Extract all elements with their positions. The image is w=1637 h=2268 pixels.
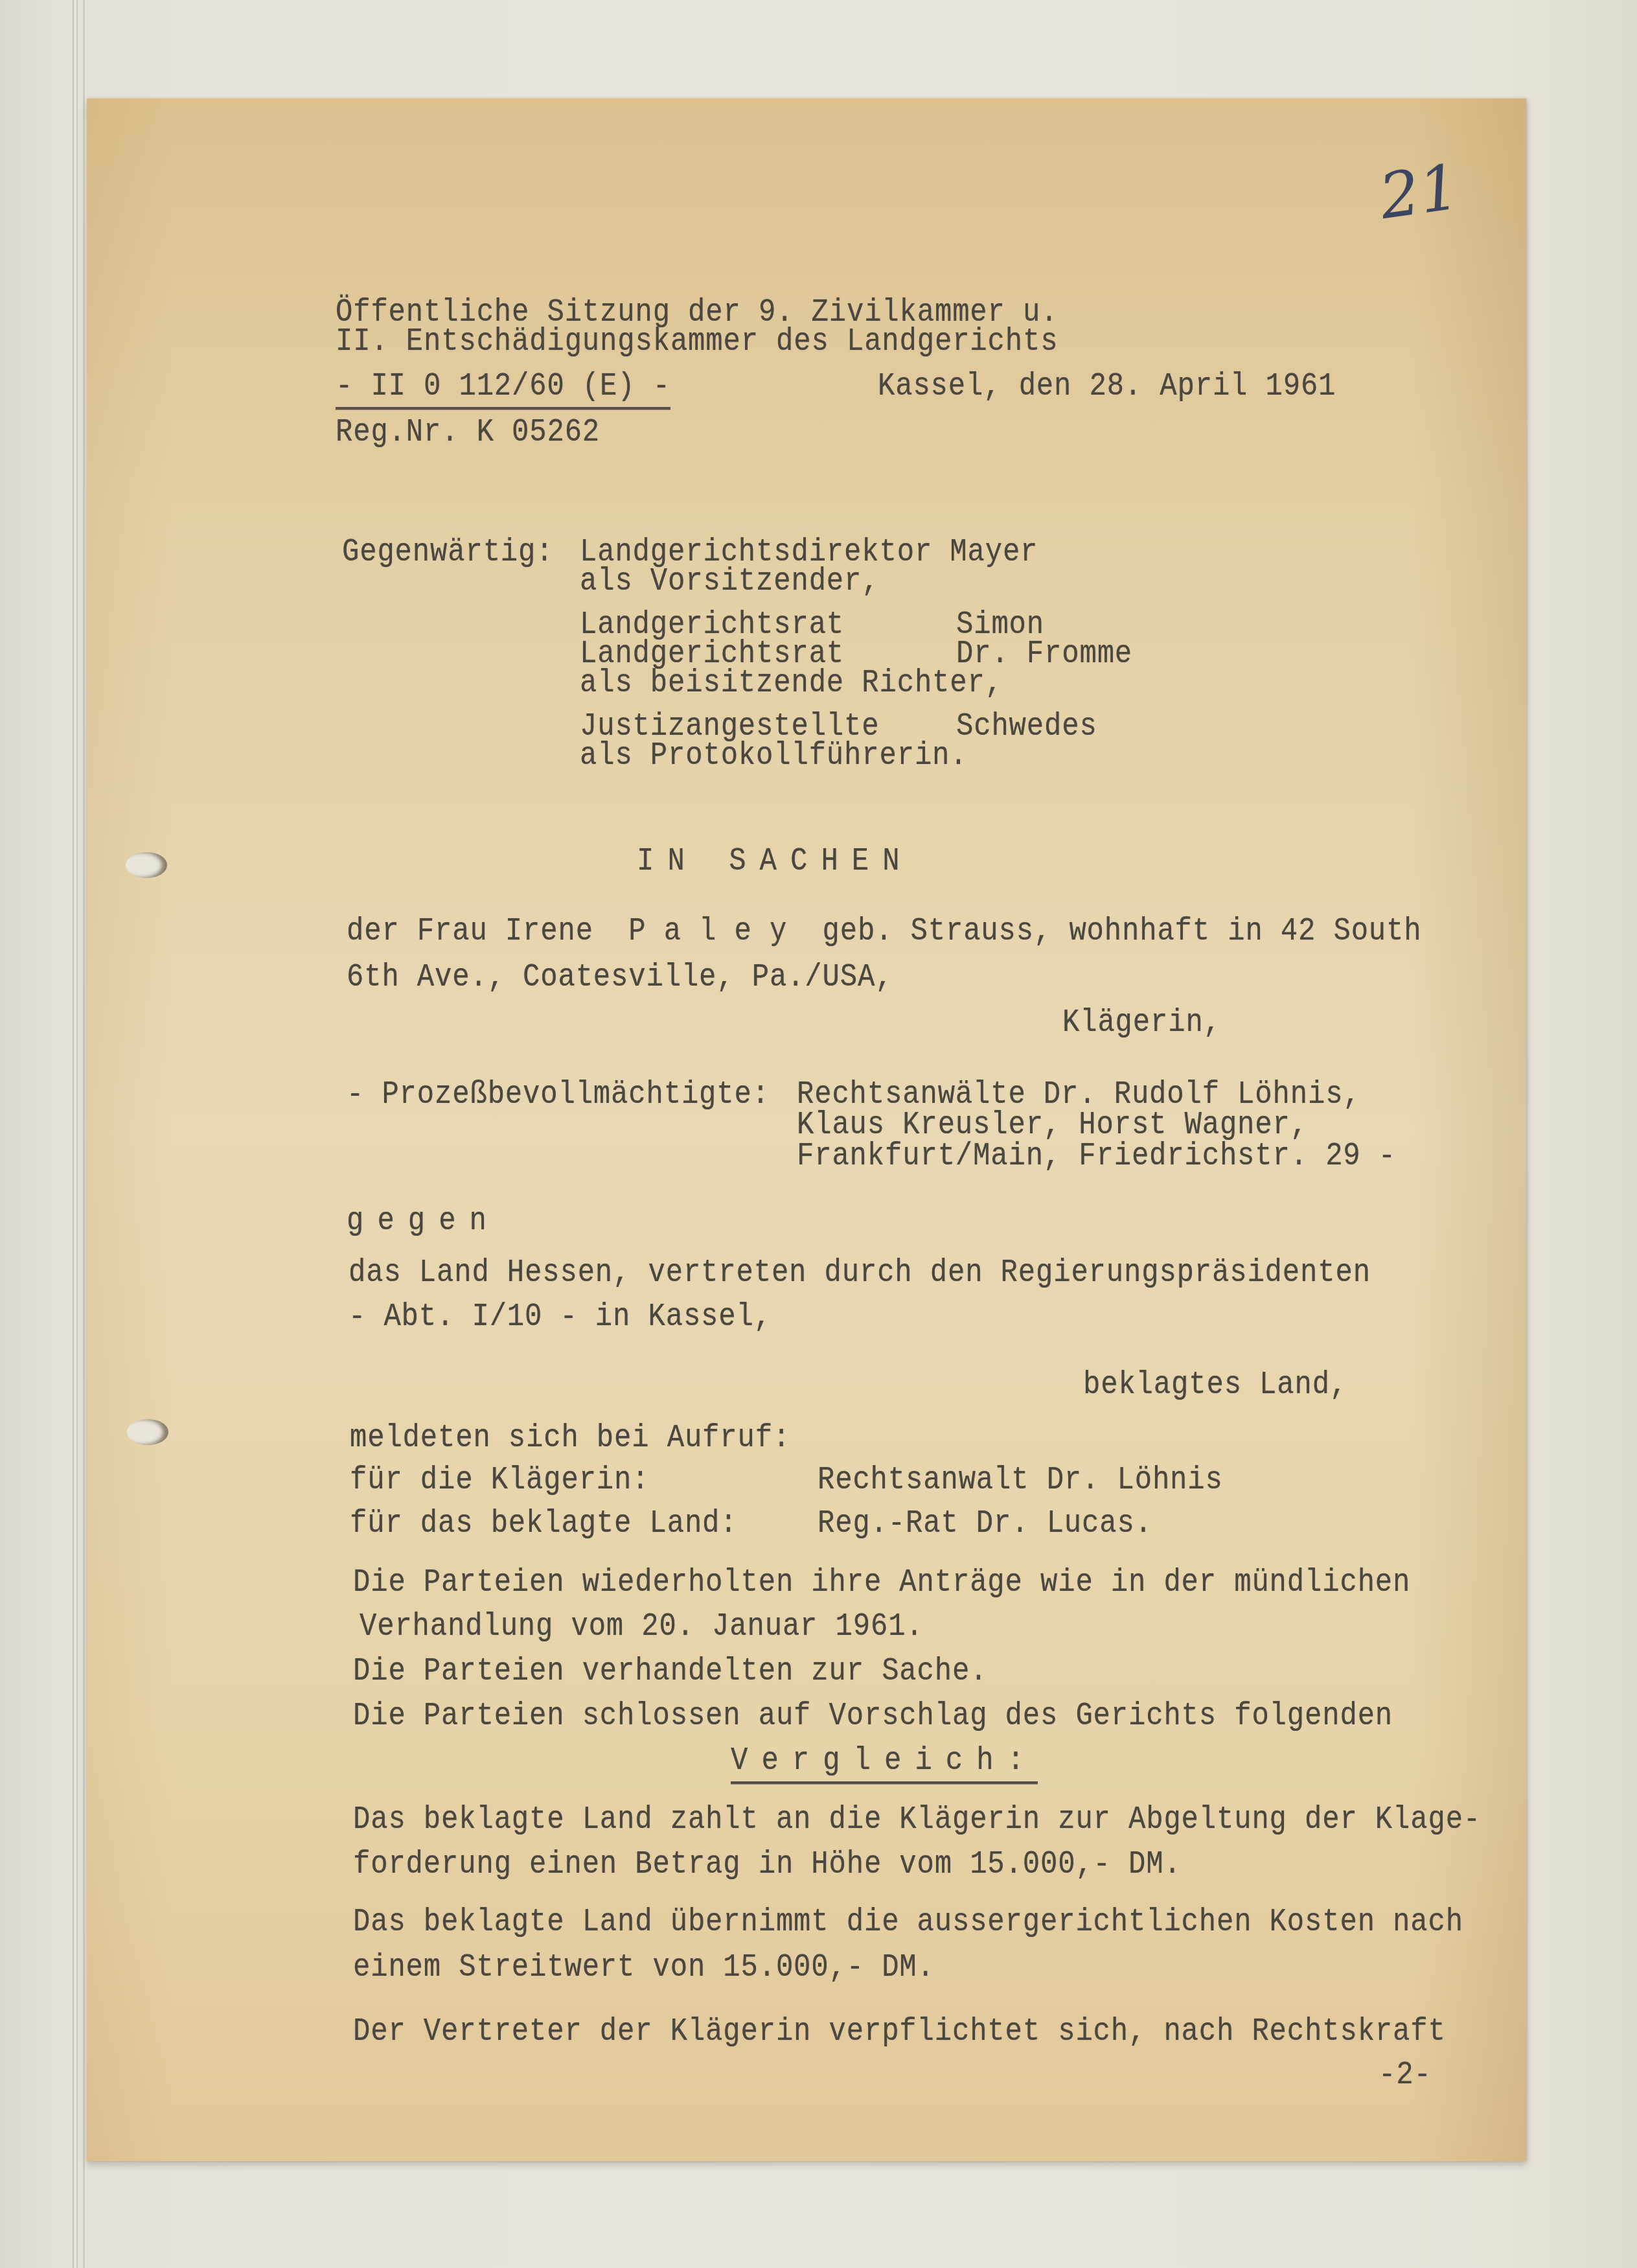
proceedings-line2: Verhandlung vom 20. Januar 1961. (360, 1611, 924, 1643)
plaintiff-line1: der Frau Irene P a l e y geb. Strauss, w… (347, 916, 1421, 947)
defendant-line1: das Land Hessen, vertreten durch den Reg… (349, 1257, 1371, 1289)
settlement-p2-line2: einem Streitwert von 15.000,- DM. (353, 1952, 935, 1984)
proceedings-line3: Die Parteien verhandelten zur Sache. (353, 1656, 987, 1687)
appearance-defendant-rep: Reg.-Rat Dr. Lucas. (818, 1508, 1152, 1540)
settlement-p2-line1: Das beklagte Land übernimmt die ausserge… (353, 1906, 1463, 1938)
counsel-line3: Frankfurt/Main, Friedrichstr. 29 - (797, 1140, 1396, 1172)
appearance-plaintiff-party: für die Klägerin: (350, 1464, 649, 1496)
counsel-line2: Klaus Kreusler, Horst Wagner, (797, 1109, 1308, 1141)
settlement-p3-line1: Der Vertreter der Klägerin verpflichtet … (353, 2016, 1446, 2048)
clerk-name: Schwedes (956, 711, 1097, 743)
punch-hole-lower (127, 1419, 168, 1445)
plaintiff-line2: 6th Ave., Coatesville, Pa./USA, (347, 962, 893, 993)
versus-label: gegen (347, 1205, 500, 1237)
folder-binding-edge (73, 0, 78, 2268)
proceedings-line1: Die Parteien wiederholten ihre Anträge w… (353, 1567, 1410, 1599)
appearances-intro: meldeten sich bei Aufruf: (350, 1422, 790, 1454)
session-title-line2: II. Entschädigungskammer des Landgericht… (336, 326, 1058, 358)
counsel-label: - Prozeßbevollmächtigte: (347, 1079, 770, 1111)
plaintiff-role: Klägerin, (1062, 1007, 1221, 1039)
place-date: Kassel, den 28. April 1961 (878, 371, 1336, 402)
appearance-plaintiff-rep: Rechtsanwalt Dr. Löhnis (818, 1464, 1223, 1496)
handwritten-folio-number: 21 (1375, 150, 1464, 233)
page-continuation-marker: -2- (1379, 2059, 1432, 2091)
registry-number: Reg.Nr. K 05262 (336, 417, 600, 448)
defendant-line2: - Abt. I/10 - in Kassel, (349, 1301, 772, 1333)
settlement-p1-line1: Das beklagte Land zahlt an die Klägerin … (353, 1804, 1481, 1836)
proceedings-line4: Die Parteien schlossen auf Vorschlag des… (353, 1700, 1393, 1732)
defendant-role: beklagtes Land, (1083, 1369, 1347, 1401)
punch-hole-upper (126, 852, 167, 878)
case-heading: IN SACHEN (637, 846, 913, 877)
present-label: Gegenwärtig: (342, 537, 553, 568)
judges-role: als beisitzende Richter, (580, 667, 1003, 699)
settlement-p1-line2: forderung einen Betrag in Höhe vom 15.00… (353, 1849, 1182, 1880)
folder-divider-line (83, 0, 85, 2268)
counsel-line1: Rechtsanwälte Dr. Rudolf Löhnis, (797, 1079, 1361, 1111)
case-number: - II 0 112/60 (E) - (336, 371, 670, 410)
appearance-defendant-party: für das beklagte Land: (350, 1508, 738, 1540)
presiding-role: als Vorsitzender, (580, 566, 879, 597)
clerk-role: als Protokollführerin. (580, 740, 968, 772)
settlement-heading: Vergleich: (731, 1745, 1038, 1784)
